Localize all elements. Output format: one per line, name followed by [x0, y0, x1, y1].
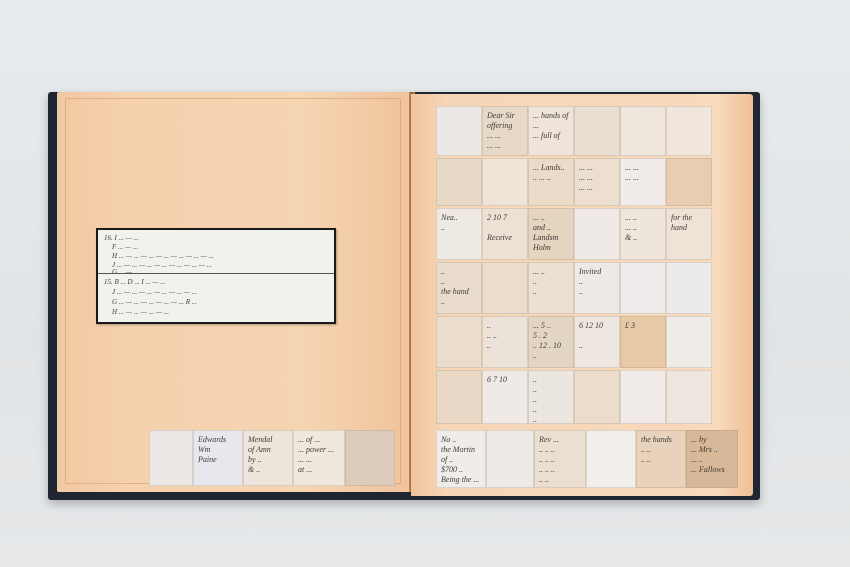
- fragment: [666, 370, 712, 424]
- fragment: [486, 430, 534, 488]
- fragment: 6 12 10 ..: [574, 316, 620, 368]
- fragment: [149, 430, 193, 486]
- fragment: [436, 370, 482, 424]
- fragment: [574, 370, 620, 424]
- handwritten-card: 16. I ... — ... F ... — ... H ... — ... …: [96, 228, 336, 324]
- grid-row: .. .. the hand .. ... .. .. .. Invited .…: [436, 262, 712, 314]
- bottom-fragment-strip: Edwards Wm Paine Mendal of Amn by .. & .…: [149, 430, 399, 486]
- fragment: [574, 106, 620, 156]
- fragment: ... 5 .. 5 . 2 .. 12 . 10 .. ..: [528, 316, 574, 368]
- grid-row: No .. the Mortin of .. $700 .. Being the…: [436, 430, 738, 488]
- fragment: No .. the Mortin of .. $700 .. Being the…: [436, 430, 486, 488]
- fragment: [620, 370, 666, 424]
- card-row: G ... — ...: [112, 268, 139, 276]
- fragment: Edwards Wm Paine: [193, 430, 243, 486]
- grid-row: Nea.. .. 2 10 7 Receive ... .. and .. La…: [436, 208, 712, 260]
- fragment: £ 3: [620, 316, 666, 368]
- fragment: ... ... ... ...: [620, 158, 666, 206]
- grid-row: Dear Sir offering ... ... ... ... ... ha…: [436, 106, 712, 156]
- fragment: Nea.. ..: [436, 208, 482, 260]
- fragment: Rev ... .. .. .. .. .. .. .. .. .. .. ..: [534, 430, 586, 488]
- fragment: the hands .. .. .. ..: [636, 430, 686, 488]
- fragment: [666, 316, 712, 368]
- fragment: [482, 158, 528, 206]
- fragment: [436, 106, 482, 156]
- fragment: 2 10 7 Receive: [482, 208, 528, 260]
- fragment: [574, 208, 620, 260]
- card-divider: [98, 273, 334, 274]
- fragment: [436, 158, 482, 206]
- fragment: ... by ... Mrs .. ... .. ... Fallows: [686, 430, 738, 488]
- fragment: .. .. the hand ..: [436, 262, 482, 314]
- grid-row: 6 7 10 .. .. .. .. ..: [436, 370, 712, 424]
- fragment: ... .. .. ..: [528, 262, 574, 314]
- fragment: .. .. .. ..: [482, 316, 528, 368]
- card-row: J ... — ... — ... — ... — ... — ...: [112, 288, 197, 296]
- fragment: [436, 316, 482, 368]
- fragment: [586, 430, 636, 488]
- fragment: [620, 106, 666, 156]
- fragment: ... of ... ... power ... ... ... at ...: [293, 430, 345, 486]
- card-row: 16. I ... — ...: [104, 234, 139, 242]
- fragment: for the hand: [666, 208, 712, 260]
- fragment: ... .. ... .. & ..: [620, 208, 666, 260]
- fragment: [666, 158, 712, 206]
- card-row: H ... — ... — ... — ...: [112, 308, 169, 316]
- fragment: ... hands of ... ... full of: [528, 106, 574, 156]
- fragment: Dear Sir offering ... ... ... ...: [482, 106, 528, 156]
- fragment-grid: Dear Sir offering ... ... ... ... ... ha…: [436, 106, 742, 492]
- fragment: [482, 262, 528, 314]
- fragment: ... ... ... ... ... ...: [574, 158, 620, 206]
- fragment: ... Lands.. .. ... ..: [528, 158, 574, 206]
- fragment: [620, 262, 666, 314]
- card-row: H ... — ... — ... — ... — ... — ... — ..…: [112, 252, 214, 260]
- fragment: Invited .. ..: [574, 262, 620, 314]
- card-row: F ... — ...: [112, 243, 138, 251]
- fragment: .. .. .. .. ..: [528, 370, 574, 424]
- fragment: [666, 106, 712, 156]
- fragment: Mendal of Amn by .. & ..: [243, 430, 293, 486]
- fragment: 6 7 10: [482, 370, 528, 424]
- fragment: [666, 262, 712, 314]
- grid-row: ... Lands.. .. ... .. ... ... ... ... ..…: [436, 158, 712, 206]
- grid-row: .. .. .. .. ... 5 .. 5 . 2 .. 12 . 10 ..…: [436, 316, 712, 368]
- card-row: G ... — ... — ... — ... — ... R ...: [112, 298, 197, 306]
- fragment: ... .. and .. Landsm Holm: [528, 208, 574, 260]
- card-row: 15. B ... D ... I ... — ...: [104, 278, 166, 286]
- fragment: [345, 430, 395, 486]
